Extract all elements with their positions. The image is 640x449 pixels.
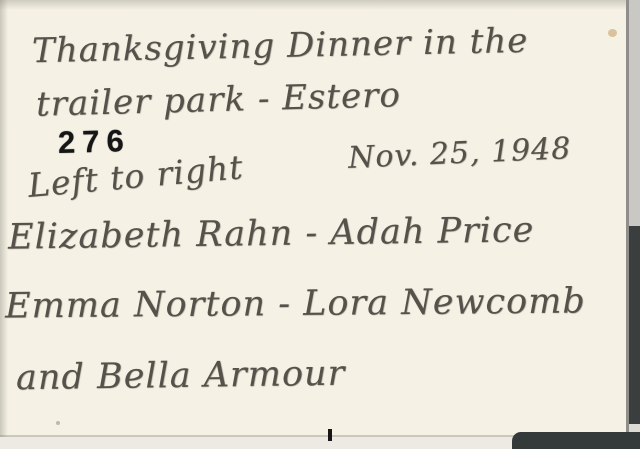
foxing-speck xyxy=(608,29,617,37)
scan-edge-shadow-left xyxy=(0,0,8,449)
handwriting-date: Nov. 25, 1948 xyxy=(347,131,572,176)
handwriting-title-line-2: trailer park - Estero xyxy=(36,75,402,125)
bottom-edge-tick-mark xyxy=(328,429,332,441)
scanner-gutter-right-dark xyxy=(629,226,640,449)
scanner-gutter-right-light xyxy=(629,0,640,226)
stamped-number: 276 xyxy=(58,123,132,161)
handwriting-title-line-1: Thanksgiving Dinner in the xyxy=(32,21,529,71)
foxing-speck xyxy=(56,421,60,425)
scan-edge-shadow-top xyxy=(0,0,640,10)
scanner-lid-corner xyxy=(512,432,640,449)
handwriting-names-line-1: Elizabeth Rahn - Adah Price xyxy=(8,210,535,257)
photo-back-scan: Thanksgiving Dinner in the trailer park … xyxy=(0,0,640,449)
handwriting-names-line-3: and Bella Armour xyxy=(16,354,346,399)
handwriting-names-line-2: Emma Norton - Lora Newcomb xyxy=(5,281,586,326)
